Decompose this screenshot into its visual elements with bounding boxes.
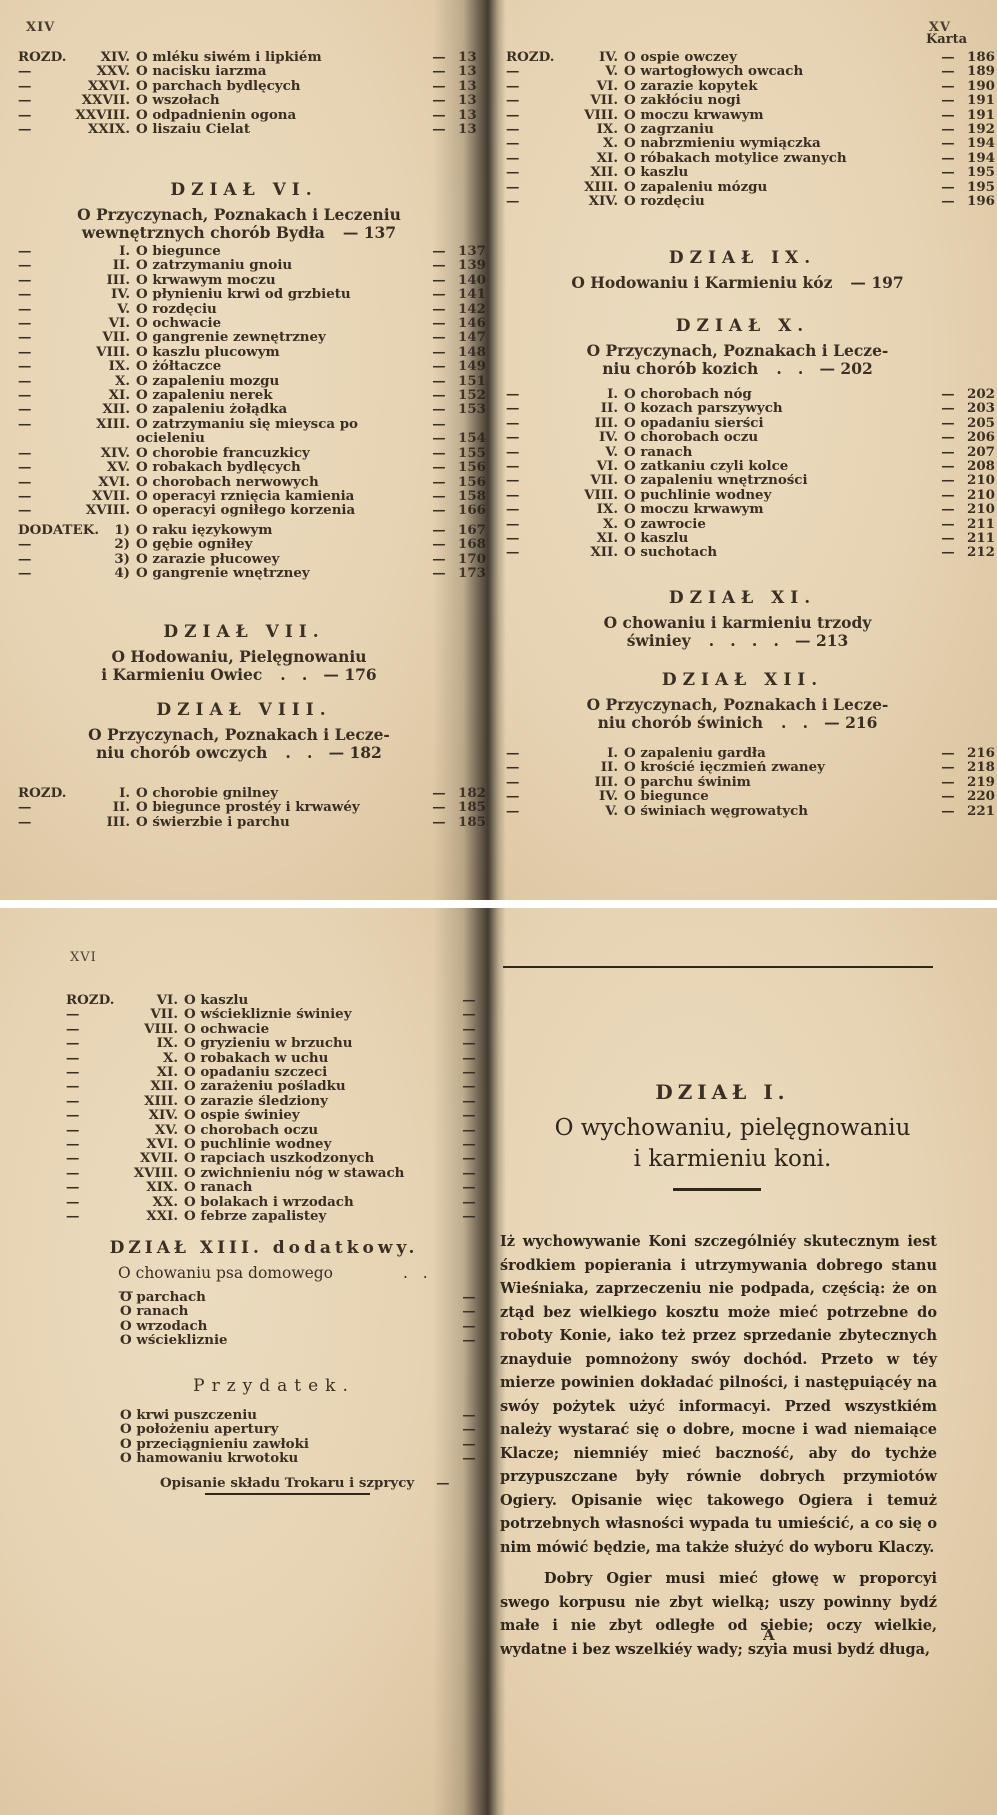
- chapter-number: I.: [62, 244, 136, 258]
- entry-title: O kozach parszywych: [624, 401, 929, 415]
- row-lead: —: [0, 258, 62, 272]
- row-lead: —: [0, 815, 62, 829]
- toc-entry: —XVIII.O operacyi ogniłego korzenia—166: [0, 503, 488, 517]
- dash-leader: —: [929, 445, 967, 459]
- row-lead: —: [0, 108, 62, 122]
- toc-entry: —VIII.O puchlinie wodney—210: [488, 488, 997, 502]
- dash-leader: —: [450, 1209, 488, 1223]
- entry-title: O krwawym moczu: [136, 273, 420, 287]
- row-lead: —: [0, 566, 62, 580]
- entry-title: O nabrzmieniu wymiączka: [624, 136, 929, 150]
- dash-leader: —: [420, 417, 458, 431]
- chapter-number: X.: [550, 517, 624, 531]
- entry-title: O zawrocie: [624, 517, 929, 531]
- toc-entry: —XVI.O puchlinie wodney—: [48, 1137, 488, 1151]
- chapter-title-line: O wychowaniu, pielęgnowaniu: [508, 1113, 957, 1144]
- page-number: 202: [967, 387, 997, 401]
- toc-entry: ROZD.IV.O ospie owczey—186: [488, 50, 997, 64]
- page-number: . . — 176: [280, 666, 376, 684]
- row-lead: —: [0, 330, 62, 344]
- page-number: 141: [458, 287, 488, 301]
- row-lead: —: [0, 800, 62, 814]
- chapter-number: IX.: [550, 122, 624, 136]
- page-number: 151: [458, 374, 488, 388]
- toc-entry: —XXIX.O liszaiu Cielat—13: [0, 122, 488, 136]
- entry-title: O chorobach nóg: [624, 387, 929, 401]
- chapter-number: V.: [550, 64, 624, 78]
- chapter-number: XXI.: [110, 1209, 184, 1223]
- dash-leader: —: [420, 800, 458, 814]
- toc-entry: —XIII.O zarazie śledziony—: [48, 1094, 488, 1108]
- folio: XIV: [26, 20, 55, 35]
- entry-title: O raku ięzykowym: [136, 523, 420, 537]
- toc-entry: —IV.O biegunce—220: [488, 789, 997, 803]
- entry-title: O ospie owczey: [624, 50, 929, 64]
- entry-title: O chorobie francuzkicy: [136, 446, 420, 460]
- page-number: 206: [967, 430, 997, 444]
- section-title-line: O Przyczynach, Poznakach i Lecze-: [518, 342, 957, 360]
- dash-leader: —: [420, 523, 458, 537]
- dash-leader: —: [929, 165, 967, 179]
- page-number: 168: [458, 537, 488, 551]
- entry-title: O opadaniu sierści: [624, 416, 929, 430]
- paragraph: Dobry Ogier musi mieć głowę w proporcyi …: [500, 1567, 937, 1661]
- toc-entry: —XV.O chorobach oczu—: [48, 1123, 488, 1137]
- section-heading: DZIAŁ X.: [488, 316, 997, 336]
- toc-entry: —IX.O gryzieniu w brzuchu—: [48, 1036, 488, 1050]
- dash-leader: —: [450, 1166, 488, 1180]
- entry-title: O rozdęciu: [136, 302, 420, 316]
- chapter-number: IV.: [550, 50, 624, 64]
- chapter-number: IX.: [550, 502, 624, 516]
- toc-block: ROZD.XIV.O mléku siwém i lipkiém—13—XXV.…: [0, 50, 488, 136]
- page-number: — 197: [850, 274, 903, 292]
- entry-title: O gryzieniu w brzuchu: [184, 1036, 450, 1050]
- row-lead: —: [488, 760, 550, 774]
- chapter-number: II.: [550, 760, 624, 774]
- entry-title: O chorobach oczu: [184, 1123, 450, 1137]
- chapter-number: VI.: [550, 459, 624, 473]
- page-number: 207: [967, 445, 997, 459]
- row-lead: —: [488, 531, 550, 545]
- toc-entry: —VIII.O moczu krwawym—191: [488, 108, 997, 122]
- entry-title: O robakach w uchu: [184, 1051, 450, 1065]
- dash-leader: —: [450, 1151, 488, 1165]
- chapter-number: I.: [550, 387, 624, 401]
- chapter-number: 4): [62, 566, 136, 580]
- entry-title: O mléku siwém i lipkiém: [136, 50, 420, 64]
- row-lead: —: [0, 475, 62, 489]
- entry-title: O ranach: [120, 1304, 450, 1318]
- chapter-number: VII.: [550, 93, 624, 107]
- entry-title: O wściekliznie: [120, 1333, 450, 1347]
- entry-title: O chorobach nerwowych: [136, 475, 420, 489]
- dash-leader: —: [450, 1451, 488, 1465]
- dash-leader: —: [420, 786, 458, 800]
- chapter-number: I.: [550, 746, 624, 760]
- row-lead: ROZD.: [488, 50, 550, 64]
- chapter-number: III.: [550, 775, 624, 789]
- chapter-number: II.: [62, 258, 136, 272]
- page-xvi: XVI ROZD.VI.O kaszlu——VII.O wściekliznie…: [0, 908, 488, 1815]
- page-number: 158: [458, 489, 488, 503]
- row-lead: —: [488, 502, 550, 516]
- toc-entry: ocieleniu—154: [0, 431, 488, 445]
- section-title-line: niu chorób kozich: [602, 360, 758, 378]
- page-number: 154: [458, 431, 488, 445]
- toc-entry: —XII.O zapaleniu żołądka—153: [0, 402, 488, 416]
- row-lead: —: [488, 136, 550, 150]
- toc-entry: —VII.O gangrenie zewnętrzney—147: [0, 330, 488, 344]
- page-number: 13: [458, 64, 488, 78]
- row-lead: —: [0, 79, 62, 93]
- section-heading: Przydatek.: [0, 1376, 488, 1396]
- row-lead: —: [48, 1123, 110, 1137]
- toc-entry: —V.O rozdęciu—142: [0, 302, 488, 316]
- toc-entry: O parchach—: [120, 1290, 488, 1304]
- toc-entry: O położeniu apertury—: [120, 1422, 488, 1436]
- chapter-number: VII.: [550, 473, 624, 487]
- chapter-number: XI.: [550, 531, 624, 545]
- entry-title: O zatrzymaniu się mieysca po: [136, 417, 420, 431]
- page-number: 186: [967, 50, 997, 64]
- dash-leader: —: [929, 488, 967, 502]
- entry-title: O wartogłowych owcach: [624, 64, 929, 78]
- page-number: . . — 216: [781, 714, 877, 732]
- entry-title: O bolakach i wrzodach: [184, 1195, 450, 1209]
- dash-leader: —: [420, 258, 458, 272]
- entry-title: O przeciągnieniu zawłoki: [120, 1437, 450, 1451]
- dash-leader: —: [450, 1195, 488, 1209]
- entry-title: O opadaniu szczeci: [184, 1065, 450, 1079]
- row-lead: —: [0, 93, 62, 107]
- entry-title: O rozdęciu: [624, 194, 929, 208]
- toc-entry: —V.O wartogłowych owcach—189: [488, 64, 997, 78]
- toc-block: —I.O chorobach nóg—202—II.O kozach parsz…: [488, 387, 997, 560]
- toc-entry: —II.O zatrzymaniu gnoiu—139: [0, 258, 488, 272]
- page-number: 170: [458, 552, 488, 566]
- page-number: 13: [458, 108, 488, 122]
- row-lead: —: [0, 402, 62, 416]
- toc-entry: —XI.O kaszlu—211: [488, 531, 997, 545]
- page-number: 211: [967, 531, 997, 545]
- row-lead: —: [488, 459, 550, 473]
- entry-title: O biegunce prostéy i krwawéy: [136, 800, 420, 814]
- page-number: 194: [967, 151, 997, 165]
- row-lead: —: [488, 488, 550, 502]
- dash-leader: —: [450, 1007, 488, 1021]
- chapter-number: XIV.: [110, 1108, 184, 1122]
- page-number: . . . . — 213: [709, 632, 849, 650]
- page-number: 216: [967, 746, 997, 760]
- toc-entry: O wściekliznie—: [120, 1333, 488, 1347]
- row-lead: —: [48, 1137, 110, 1151]
- toc-entry: —VII.O zakłóciu nogi—191: [488, 93, 997, 107]
- dash-leader: —: [420, 503, 458, 517]
- section-title-line: i Karmieniu Owiec: [101, 666, 262, 684]
- chapter-number: II.: [550, 401, 624, 415]
- chapter-number: III.: [62, 273, 136, 287]
- page-number: 142: [458, 302, 488, 316]
- chapter-number: XXVIII.: [62, 108, 136, 122]
- dash-leader: —: [420, 489, 458, 503]
- entry-title: O febrze zapalistey: [184, 1209, 450, 1223]
- toc-entry: —XII.O zarażeniu pośladku—: [48, 1079, 488, 1093]
- entry-title: O krwi puszczeniu: [120, 1408, 450, 1422]
- chapter-number: XXIX.: [62, 122, 136, 136]
- entry-title: O położeniu apertury: [120, 1422, 450, 1436]
- toc-entry: —XXVII.O wszołach—13: [0, 93, 488, 107]
- toc-entry: —XIV.O ospie świniey—: [48, 1108, 488, 1122]
- dash-leader: —: [420, 402, 458, 416]
- dash-leader: —: [420, 316, 458, 330]
- dash-leader: —: [929, 108, 967, 122]
- row-lead: DODATEK.: [0, 523, 62, 537]
- entry-title: O żółtaczce: [136, 359, 420, 373]
- entry-title: O ochwacie: [184, 1022, 450, 1036]
- section-heading: DZIAŁ IX.: [488, 248, 997, 268]
- entry-title: O zarazie płucowey: [136, 552, 420, 566]
- toc-entry: O hamowaniu krwotoku—: [120, 1451, 488, 1465]
- entry-title: O gębie ogniłey: [136, 537, 420, 551]
- chapter-number: V.: [550, 804, 624, 818]
- dash-leader: —: [450, 1065, 488, 1079]
- toc-entry: —XX.O bolakach i wrzodach—: [48, 1195, 488, 1209]
- przydatek-block: Przydatek.: [0, 1366, 488, 1402]
- section-title-line: O Przyczynach, Poznakach i Lecze-: [518, 696, 957, 714]
- row-lead: —: [488, 79, 550, 93]
- chapter-number: 1): [62, 523, 136, 537]
- row-lead: —: [488, 746, 550, 760]
- chapter-number: VI.: [62, 316, 136, 330]
- toc-entry: —V.O świniach węgrowatych—221: [488, 804, 997, 818]
- page-number: 148: [458, 345, 488, 359]
- page-xv: XV ROZD.IV.O ospie owczey—186—V.O wartog…: [488, 0, 997, 900]
- row-lead: ROZD.: [0, 786, 62, 800]
- page-1: DZIAŁ I. O wychowaniu, pielęgnowaniu i k…: [488, 908, 997, 1815]
- chapter-number: XI.: [110, 1065, 184, 1079]
- dash-leader: —: [929, 517, 967, 531]
- toc-entry: —XXVIII.O odpadnienin ogona—13: [0, 108, 488, 122]
- toc-block: —I.O zapaleniu gardła—216—II.O krościé i…: [488, 746, 997, 818]
- section-title: O Przyczynach, Poznakach i Leczeniu wewn…: [0, 206, 488, 242]
- toc-entry: DODATEK.1)O raku ięzykowym—167: [0, 523, 488, 537]
- dash-leader: —: [929, 416, 967, 430]
- entry-title: O gangrenie wnętrzney: [136, 566, 420, 580]
- toc-entry: —XI.O zapaleniu nerek—152: [0, 388, 488, 402]
- section-title-line: niu chorób owczych: [96, 744, 267, 762]
- entry-title: O robakach bydlęcych: [136, 460, 420, 474]
- dash-leader: —: [929, 789, 967, 803]
- chapter-number: X.: [62, 374, 136, 388]
- row-lead: —: [0, 287, 62, 301]
- dash-leader: —: [420, 345, 458, 359]
- row-lead: —: [488, 445, 550, 459]
- dash-leader: —: [450, 1094, 488, 1108]
- entry-title: O róbakach motylice zwanych: [624, 151, 929, 165]
- dash-leader: —: [929, 79, 967, 93]
- toc-entry: —VII.O zapaleniu wnętrzności—210: [488, 473, 997, 487]
- dash-leader: —: [420, 50, 458, 64]
- toc-entry: —XII.O suchotach—212: [488, 545, 997, 559]
- page-number: 182: [458, 786, 488, 800]
- entry-title: O płynieniu krwi od grzbietu: [136, 287, 420, 301]
- dash-leader: —: [929, 136, 967, 150]
- dash-leader: —: [929, 151, 967, 165]
- toc-entry: —X.O robakach w uchu—: [48, 1051, 488, 1065]
- dash-leader: —: [420, 79, 458, 93]
- row-lead: —: [488, 775, 550, 789]
- chapter-number: VI.: [550, 79, 624, 93]
- chapter-number: XXVII.: [62, 93, 136, 107]
- page-number: 13: [458, 79, 488, 93]
- dash-leader: —: [420, 374, 458, 388]
- entry-title: O puchlinie wodney: [624, 488, 929, 502]
- row-lead: —: [488, 165, 550, 179]
- page-number: 191: [967, 108, 997, 122]
- dash-leader: —: [450, 1022, 488, 1036]
- row-lead: —: [48, 1108, 110, 1122]
- entry-title: O odpadnienin ogona: [136, 108, 420, 122]
- signature-mark: A: [763, 1626, 775, 1644]
- row-lead: —: [48, 1007, 110, 1021]
- row-lead: —: [488, 804, 550, 818]
- page-number: 13: [458, 93, 488, 107]
- closing-line: Opisanie składu Trokaru i szprycy—: [160, 1475, 488, 1491]
- entry-title: O chorobie gnilney: [136, 786, 420, 800]
- page-number: 13: [458, 50, 488, 64]
- page-number: 153: [458, 402, 488, 416]
- entry-title: O chorobach oczu: [624, 430, 929, 444]
- page-number: 139: [458, 258, 488, 272]
- section-title-line: O Hodowaniu, Pielęgnowaniu: [30, 648, 448, 666]
- page-number: 185: [458, 815, 488, 829]
- page-number: — 137: [343, 224, 396, 242]
- toc-entry: ROZD.I.O chorobie gnilney—182: [0, 786, 488, 800]
- page-number: 195: [967, 165, 997, 179]
- toc-entry: —III.O krwawym moczu—140: [0, 273, 488, 287]
- dash-leader: —: [420, 566, 458, 580]
- folio: XVI: [70, 950, 97, 965]
- dzial-xi-block: DZIAŁ XI. O chowaniu i karmieniu trzody …: [488, 578, 997, 650]
- chapter-number: X.: [110, 1051, 184, 1065]
- entry-title: O zatrzymaniu gnoiu: [136, 258, 420, 272]
- page-number: 211: [967, 517, 997, 531]
- row-lead: —: [48, 1065, 110, 1079]
- entry-title: O operacyi ogniłego korzenia: [136, 503, 420, 517]
- row-lead: —: [488, 416, 550, 430]
- page-number: 167: [458, 523, 488, 537]
- section-heading: DZIAŁ VII.: [0, 622, 488, 642]
- body-text: Iż wychowywanie Koni szczególniéy skutec…: [500, 1230, 937, 1669]
- dash-leader: —: [420, 93, 458, 107]
- chapter-number: VIII.: [550, 108, 624, 122]
- toc-entry: —VI.O zatkaniu czyli kolce—208: [488, 459, 997, 473]
- toc-entry: —X.O zawrocie—211: [488, 517, 997, 531]
- dash-leader: —: [450, 1319, 488, 1333]
- page-number: . . — 182: [285, 744, 381, 762]
- toc-entry: —XV.O robakach bydlęcych—156: [0, 460, 488, 474]
- dash-leader: —: [420, 64, 458, 78]
- toc-entry: —XXVI.O parchach bydlęcych—13: [0, 79, 488, 93]
- entry-title: O krościé ięczmień zwaney: [624, 760, 929, 774]
- entry-title: O ranach: [624, 445, 929, 459]
- chapter-number: XXV.: [62, 64, 136, 78]
- toc-entry: ROZD.XIV.O mléku siwém i lipkiém—13: [0, 50, 488, 64]
- entry-title: O wrzodach: [120, 1319, 450, 1333]
- entry-title: O wszołach: [136, 93, 420, 107]
- chapter-number: XV.: [62, 460, 136, 474]
- dash-leader: —: [420, 244, 458, 258]
- page-number: 205: [967, 416, 997, 430]
- toc-entry: —IV.O chorobach oczu—206: [488, 430, 997, 444]
- page-number: 152: [458, 388, 488, 402]
- toc-entry: —II.O krościé ięczmień zwaney—218: [488, 760, 997, 774]
- entry-title: O zapaleniu gardła: [624, 746, 929, 760]
- bottom-spread: XVI ROZD.VI.O kaszlu——VII.O wściekliznie…: [0, 908, 997, 1815]
- toc-entry: —IX.O zagrzaniu—192: [488, 122, 997, 136]
- page-number: 219: [967, 775, 997, 789]
- row-lead: —: [0, 489, 62, 503]
- entry-title: O zarażeniu pośladku: [184, 1079, 450, 1093]
- page-number: 221: [967, 804, 997, 818]
- toc-entry: —XII.O kaszlu—195: [488, 165, 997, 179]
- dash-leader: —: [929, 194, 967, 208]
- chapter-number: XXVI.: [62, 79, 136, 93]
- chapter-number: XII.: [550, 165, 624, 179]
- chapter-number: IX.: [62, 359, 136, 373]
- entry-title: O hamowaniu krwotoku: [120, 1451, 450, 1465]
- row-lead: —: [488, 194, 550, 208]
- dash-leader: —: [420, 108, 458, 122]
- row-lead: —: [0, 316, 62, 330]
- chapter-number: V.: [550, 445, 624, 459]
- toc-entry: —VII.O wściekliznie świniey—: [48, 1007, 488, 1021]
- chapter-number: I.: [62, 786, 136, 800]
- row-lead: —: [0, 388, 62, 402]
- dash-leader: —: [450, 1051, 488, 1065]
- toc-block-dodatek: DODATEK.1)O raku ięzykowym—167—2)O gębie…: [0, 523, 488, 581]
- section-title: O Przyczynach, Poznakach i Lecze- niu ch…: [488, 342, 997, 378]
- row-lead: —: [0, 122, 62, 136]
- row-lead: —: [0, 503, 62, 517]
- row-lead: —: [488, 473, 550, 487]
- entry-title: O zapaleniu mozgu: [136, 374, 420, 388]
- entry-title: O kaszlu plucowym: [136, 345, 420, 359]
- chapter-number: III.: [550, 416, 624, 430]
- section-title: O Hodowaniu i Karmieniu kóz— 197: [488, 274, 997, 292]
- toc-entry: ROZD.VI.O kaszlu—: [48, 993, 488, 1007]
- row-lead: —: [48, 1151, 110, 1165]
- short-rule: [673, 1188, 761, 1191]
- entry-title: O rapciach uszkodzonych: [184, 1151, 450, 1165]
- page-number: . . — 202: [776, 360, 872, 378]
- entry-title: O ochwacie: [136, 316, 420, 330]
- chapter-number: XVI.: [62, 475, 136, 489]
- dzial-vii-block: DZIAŁ VII. O Hodowaniu, Pielęgnowaniu i …: [0, 612, 488, 684]
- row-lead: —: [488, 180, 550, 194]
- row-lead: —: [0, 460, 62, 474]
- dash-leader: —: [420, 287, 458, 301]
- toc-block: —I.O biegunce—137—II.O zatrzymaniu gnoiu…: [0, 244, 488, 518]
- row-lead: —: [0, 244, 62, 258]
- toc-entry: —2)O gębie ogniłey—168: [0, 537, 488, 551]
- section-title: O Hodowaniu, Pielęgnowaniu i Karmieniu O…: [0, 648, 488, 684]
- dash-leader: —: [929, 775, 967, 789]
- toc-block: ROZD.IV.O ospie owczey—186—V.O wartogłow…: [488, 50, 997, 208]
- page-number: 137: [458, 244, 488, 258]
- toc-entry: —III.O opadaniu sierści—205: [488, 416, 997, 430]
